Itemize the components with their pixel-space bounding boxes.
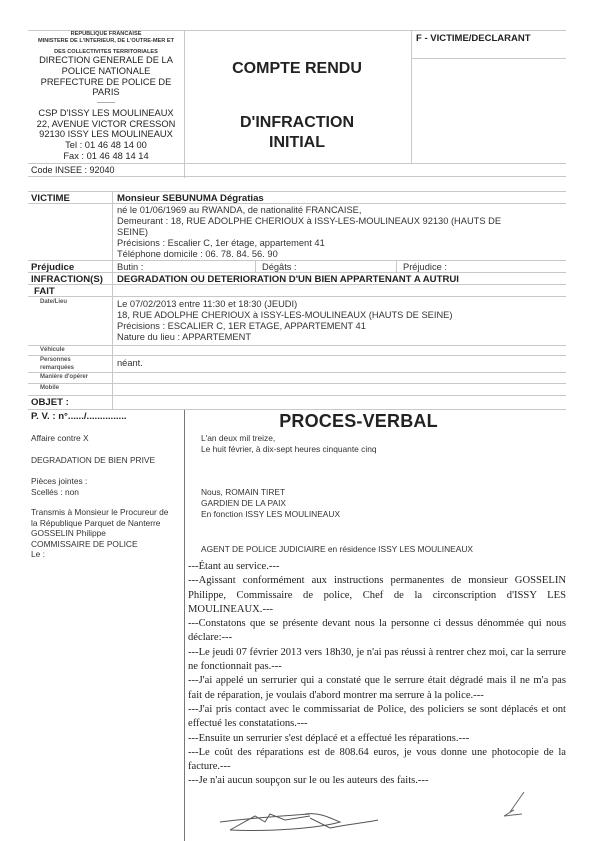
pv-date-year: L'an deux mil treize, (201, 433, 275, 444)
date-lieu-line: Nature du lieu : APPARTEMENT (117, 332, 251, 343)
proces-verbal-title: PROCES-VERBAL (186, 411, 531, 432)
narrative-paragraph: ---J'ai pris contact avec le commissaria… (188, 703, 566, 732)
form-type-underline (411, 58, 566, 59)
infraction-label: INFRACTION(S) (31, 274, 103, 285)
initials-icon (500, 790, 530, 820)
transmis-line: Le : (31, 549, 168, 560)
signature-icon (210, 808, 380, 838)
table-column-divider (112, 191, 113, 409)
subtitle-line: INITIAL (184, 133, 410, 153)
nature-affaire: DEGRADATION DE BIEN PRIVE (31, 455, 155, 466)
affaire: Affaire contre X (31, 433, 89, 444)
prejudice-divider (396, 260, 397, 272)
header-divider-left (184, 30, 185, 178)
code-insee-underline (28, 176, 566, 177)
narrative-paragraph: ---Le jeudi 07 février 2013 vers 18h30, … (188, 646, 566, 675)
butin-field: Butin : (117, 262, 143, 273)
narrative-paragraph: ---J'ai appelé un serrurier qui a consta… (188, 674, 566, 703)
prejudice-label: Préjudice (31, 262, 74, 273)
form-type: F - VICTIME/DECLARANT (416, 33, 531, 44)
pv-date-time: Le huit février, à dix-sept heures cinqu… (201, 444, 377, 455)
transmis-block: Transmis à Monsieur le Procureur de la R… (31, 507, 168, 560)
table-rule (28, 260, 566, 261)
date-lieu-label: Date/Lieu (40, 299, 67, 307)
table-rule (28, 203, 566, 204)
pv-narrative: ---Étant au service.--- ---Agissant conf… (188, 560, 566, 789)
code-insee: Code INSEE : 92040 (31, 165, 115, 175)
objet-label: OBJET : (31, 397, 69, 408)
date-lieu-line: 18, RUE ADOLPHE CHERIOUX à ISSY-LES-MOUL… (117, 310, 452, 321)
ministry-line: REPUBLIQUE FRANCAISE (28, 31, 184, 37)
table-rule (28, 272, 566, 273)
narrative-paragraph: ---Je n'ai aucun soupçon sur le ou les a… (188, 774, 566, 788)
header-divider-right (411, 30, 412, 163)
mobile-label: Mobile (40, 385, 59, 393)
victime-name: Monsieur SEBUNUMA Dégratias (117, 193, 264, 204)
victime-label: VICTIME (31, 193, 70, 204)
table-rule (28, 296, 566, 297)
office-line: 22, AVENUE VICTOR CRESSON (28, 119, 184, 130)
narrative-paragraph: ---Ensuite un serrurier s'est déplacé et… (188, 732, 566, 746)
header-bottom-border (28, 163, 566, 164)
degats-field: Dégâts : (262, 262, 297, 273)
officer-line: Nous, ROMAIN TIRET (201, 487, 340, 498)
victime-phone: Téléphone domicile : 06. 78. 84. 56. 90 (117, 249, 278, 260)
table-rule (28, 345, 566, 346)
document-subtitle: D'INFRACTION INITIAL (184, 113, 410, 153)
prejudice-field: Préjudice : (403, 262, 447, 273)
officer-line: GARDIEN DE LA PAIX (201, 498, 340, 509)
pv-column-divider (184, 410, 185, 841)
personnes-label-line: remarquées (40, 365, 74, 373)
direction-line: PARIS (28, 87, 184, 98)
victime-address-cont: SEINE) (117, 227, 148, 238)
agent-line: AGENT DE POLICE JUDICIAIRE en résidence … (201, 544, 473, 555)
narrative-paragraph: ---Agissant conformément aux instruction… (188, 574, 566, 617)
maniere-label: Manière d'opérer (40, 374, 88, 382)
office-line: 92130 ISSY LES MOULINEAUX (28, 129, 184, 140)
transmis-line: la République Parquet de Nanterre (31, 518, 168, 529)
office-phone: Tel : 01 46 48 14 00 (28, 140, 184, 151)
victime-birth: né le 01/06/1969 au RWANDA, de nationali… (117, 205, 361, 216)
personnes-label-line: Personnes (40, 357, 74, 365)
date-lieu-line: Précisions : ESCALIER C, 1ER ETAGE, APPA… (117, 321, 366, 332)
table-rule (28, 409, 566, 410)
office-line: CSP D'ISSY LES MOULINEAUX (28, 108, 184, 119)
officer-line: En fonction ISSY LES MOULINEAUX (201, 509, 340, 520)
ministry-line: MINISTERE DE L'INTERIEUR, DE L'OUTRE-MER… (28, 38, 184, 44)
transmis-line: COMMISSAIRE DE POLICE (31, 539, 168, 550)
document-title: COMPTE RENDU (184, 60, 410, 78)
personnes-value: néant. (117, 358, 143, 369)
transmis-line: GOSSELIN Philippe (31, 528, 168, 539)
narrative-paragraph: ---Étant au service.--- (188, 560, 566, 574)
issuing-authority: REPUBLIQUE FRANCAISE MINISTERE DE L'INTE… (28, 31, 184, 161)
personnes-label: Personnes remarquées (40, 357, 74, 372)
pieces-jointes: Pièces jointes : (31, 476, 87, 487)
table-rule (28, 383, 566, 384)
table-rule (28, 372, 566, 373)
officer-block: Nous, ROMAIN TIRET GARDIEN DE LA PAIX En… (201, 487, 340, 520)
narrative-paragraph: ---Constatons que se présente devant nou… (188, 617, 566, 646)
subtitle-line: D'INFRACTION (184, 113, 410, 133)
date-lieu-line: Le 07/02/2013 entre 11:30 et 18:30 (JEUD… (117, 299, 297, 310)
separator-dashes: --------- (28, 98, 184, 108)
victime-precisions: Précisions : Escalier C, 1er étage, appa… (117, 238, 325, 249)
infraction-value: DEGRADATION OU DETERIORATION D'UN BIEN A… (117, 274, 459, 285)
narrative-paragraph: ---Le coût des réparations est de 808.64… (188, 746, 566, 775)
office-fax: Fax : 01 46 48 14 14 (28, 151, 184, 162)
direction-line: POLICE NATIONALE (28, 66, 184, 77)
scelles: Scellés : non (31, 487, 79, 498)
table-rule (28, 355, 566, 356)
table-rule (28, 191, 566, 192)
vehicule-label: Véhicule (40, 347, 65, 355)
transmis-line: Transmis à Monsieur le Procureur de (31, 507, 168, 518)
direction-line: DIRECTION GENERALE DE LA (28, 55, 184, 66)
victime-address: Demeurant : 18, RUE ADOLPHE CHERIOUX à I… (117, 216, 501, 227)
table-rule (28, 395, 566, 396)
pv-number: P. V. : n°....../............... (31, 411, 127, 423)
prejudice-divider (255, 260, 256, 272)
direction-line: PREFECTURE DE POLICE DE (28, 77, 184, 88)
fait-label: FAIT (34, 286, 55, 297)
